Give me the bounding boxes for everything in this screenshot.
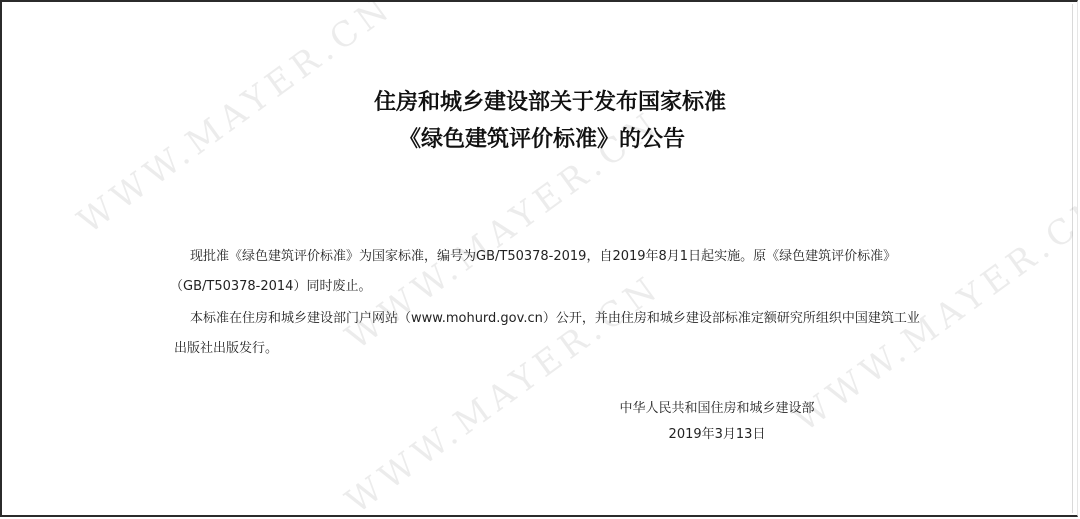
watermark: WWW.MAYER.CN — [70, 0, 400, 242]
document-title-line-2: 《绿色建筑评价标准》的公告 — [2, 125, 1078, 155]
document-frame: WWW.MAYER.CN WWW.MAYER.CN WWW.MAYER.CN W… — [0, 0, 1078, 517]
document-title-line-1: 住房和城乡建设部关于发布国家标准 — [10, 88, 1078, 118]
frame-edge-line — [1072, 4, 1073, 513]
paragraph-publication: 本标准在住房和城乡建设部门户网站（www.mohurd.gov.cn）公开，并由… — [174, 304, 894, 364]
paragraph-line: 出版社出版发行。 — [174, 334, 894, 364]
paragraph-line: 本标准在住房和城乡建设部门户网站（www.mohurd.gov.cn）公开，并由… — [174, 304, 894, 334]
paragraph-line: 现批准《绿色建筑评价标准》为国家标准，编号为GB/T50378-2019，自20… — [174, 242, 894, 272]
paragraph-line: （GB/T50378-2014）同时废止。 — [170, 272, 894, 302]
signature-organization: 中华人民共和国住房和城乡建设部 — [602, 396, 832, 422]
paragraph-approval: 现批准《绿色建筑评价标准》为国家标准，编号为GB/T50378-2019，自20… — [174, 242, 894, 302]
signature-date: 2019年3月13日 — [602, 422, 832, 448]
